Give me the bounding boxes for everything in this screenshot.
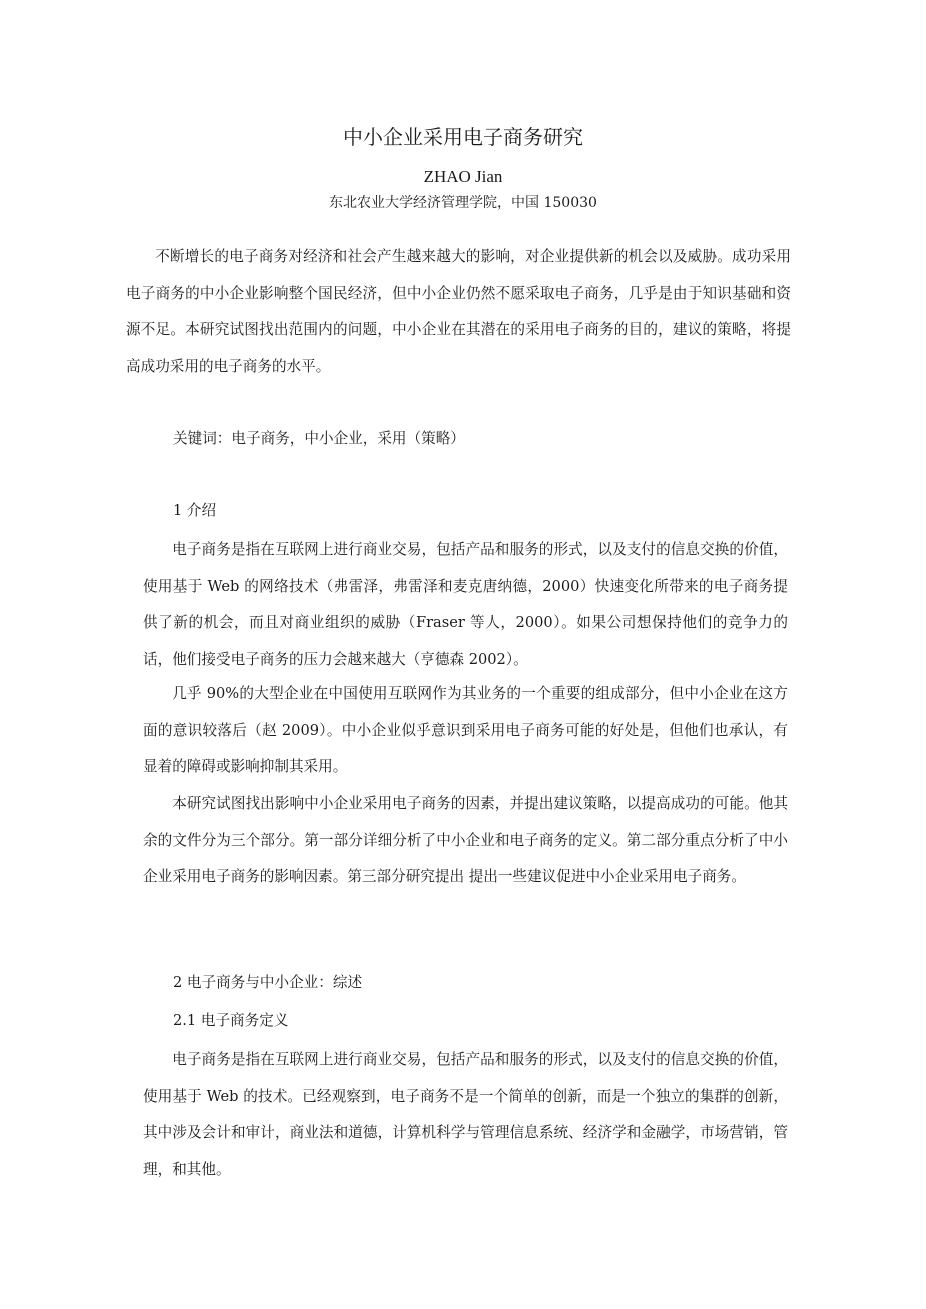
body-paragraph: 电子商务是指在互联网上进行商业交易，包括产品和服务的形式，以及支付的信息交换的价…: [143, 532, 788, 678]
body-paragraph: 本研究试图找出影响中小企业采用电子商务的因素，并提出建议策略，以提高成功的可能。…: [143, 786, 788, 896]
document-page: 中小企业采用电子商务研究 ZHAO Jian 东北农业大学经济管理学院，中国 1…: [0, 0, 926, 1309]
body-paragraph: 电子商务是指在互联网上进行商业交易，包括产品和服务的形式，以及支付的信息交换的价…: [143, 1042, 788, 1188]
keywords: 关键词：电子商务，中小企业，采用（策略）: [173, 427, 465, 451]
author-name: ZHAO Jian: [0, 165, 926, 189]
subsection-heading-ecommerce-definition: 2.1 电子商务定义: [173, 1009, 288, 1033]
abstract-paragraph: 不断增长的电子商务对经济和社会产生越来越大的影响，对企业提供新的机会以及威胁。成…: [126, 239, 791, 385]
paper-title: 中小企业采用电子商务研究: [0, 122, 926, 152]
author-affiliation: 东北农业大学经济管理学院，中国 150030: [0, 191, 926, 215]
section-heading-introduction: 1 介绍: [173, 499, 216, 523]
body-paragraph: 几乎 90%的大型企业在中国使用互联网作为其业务的一个重要的组成部分，但中小企业…: [143, 676, 788, 786]
section-heading-ecommerce-sme-review: 2 电子商务与中小企业：综述: [173, 971, 362, 995]
